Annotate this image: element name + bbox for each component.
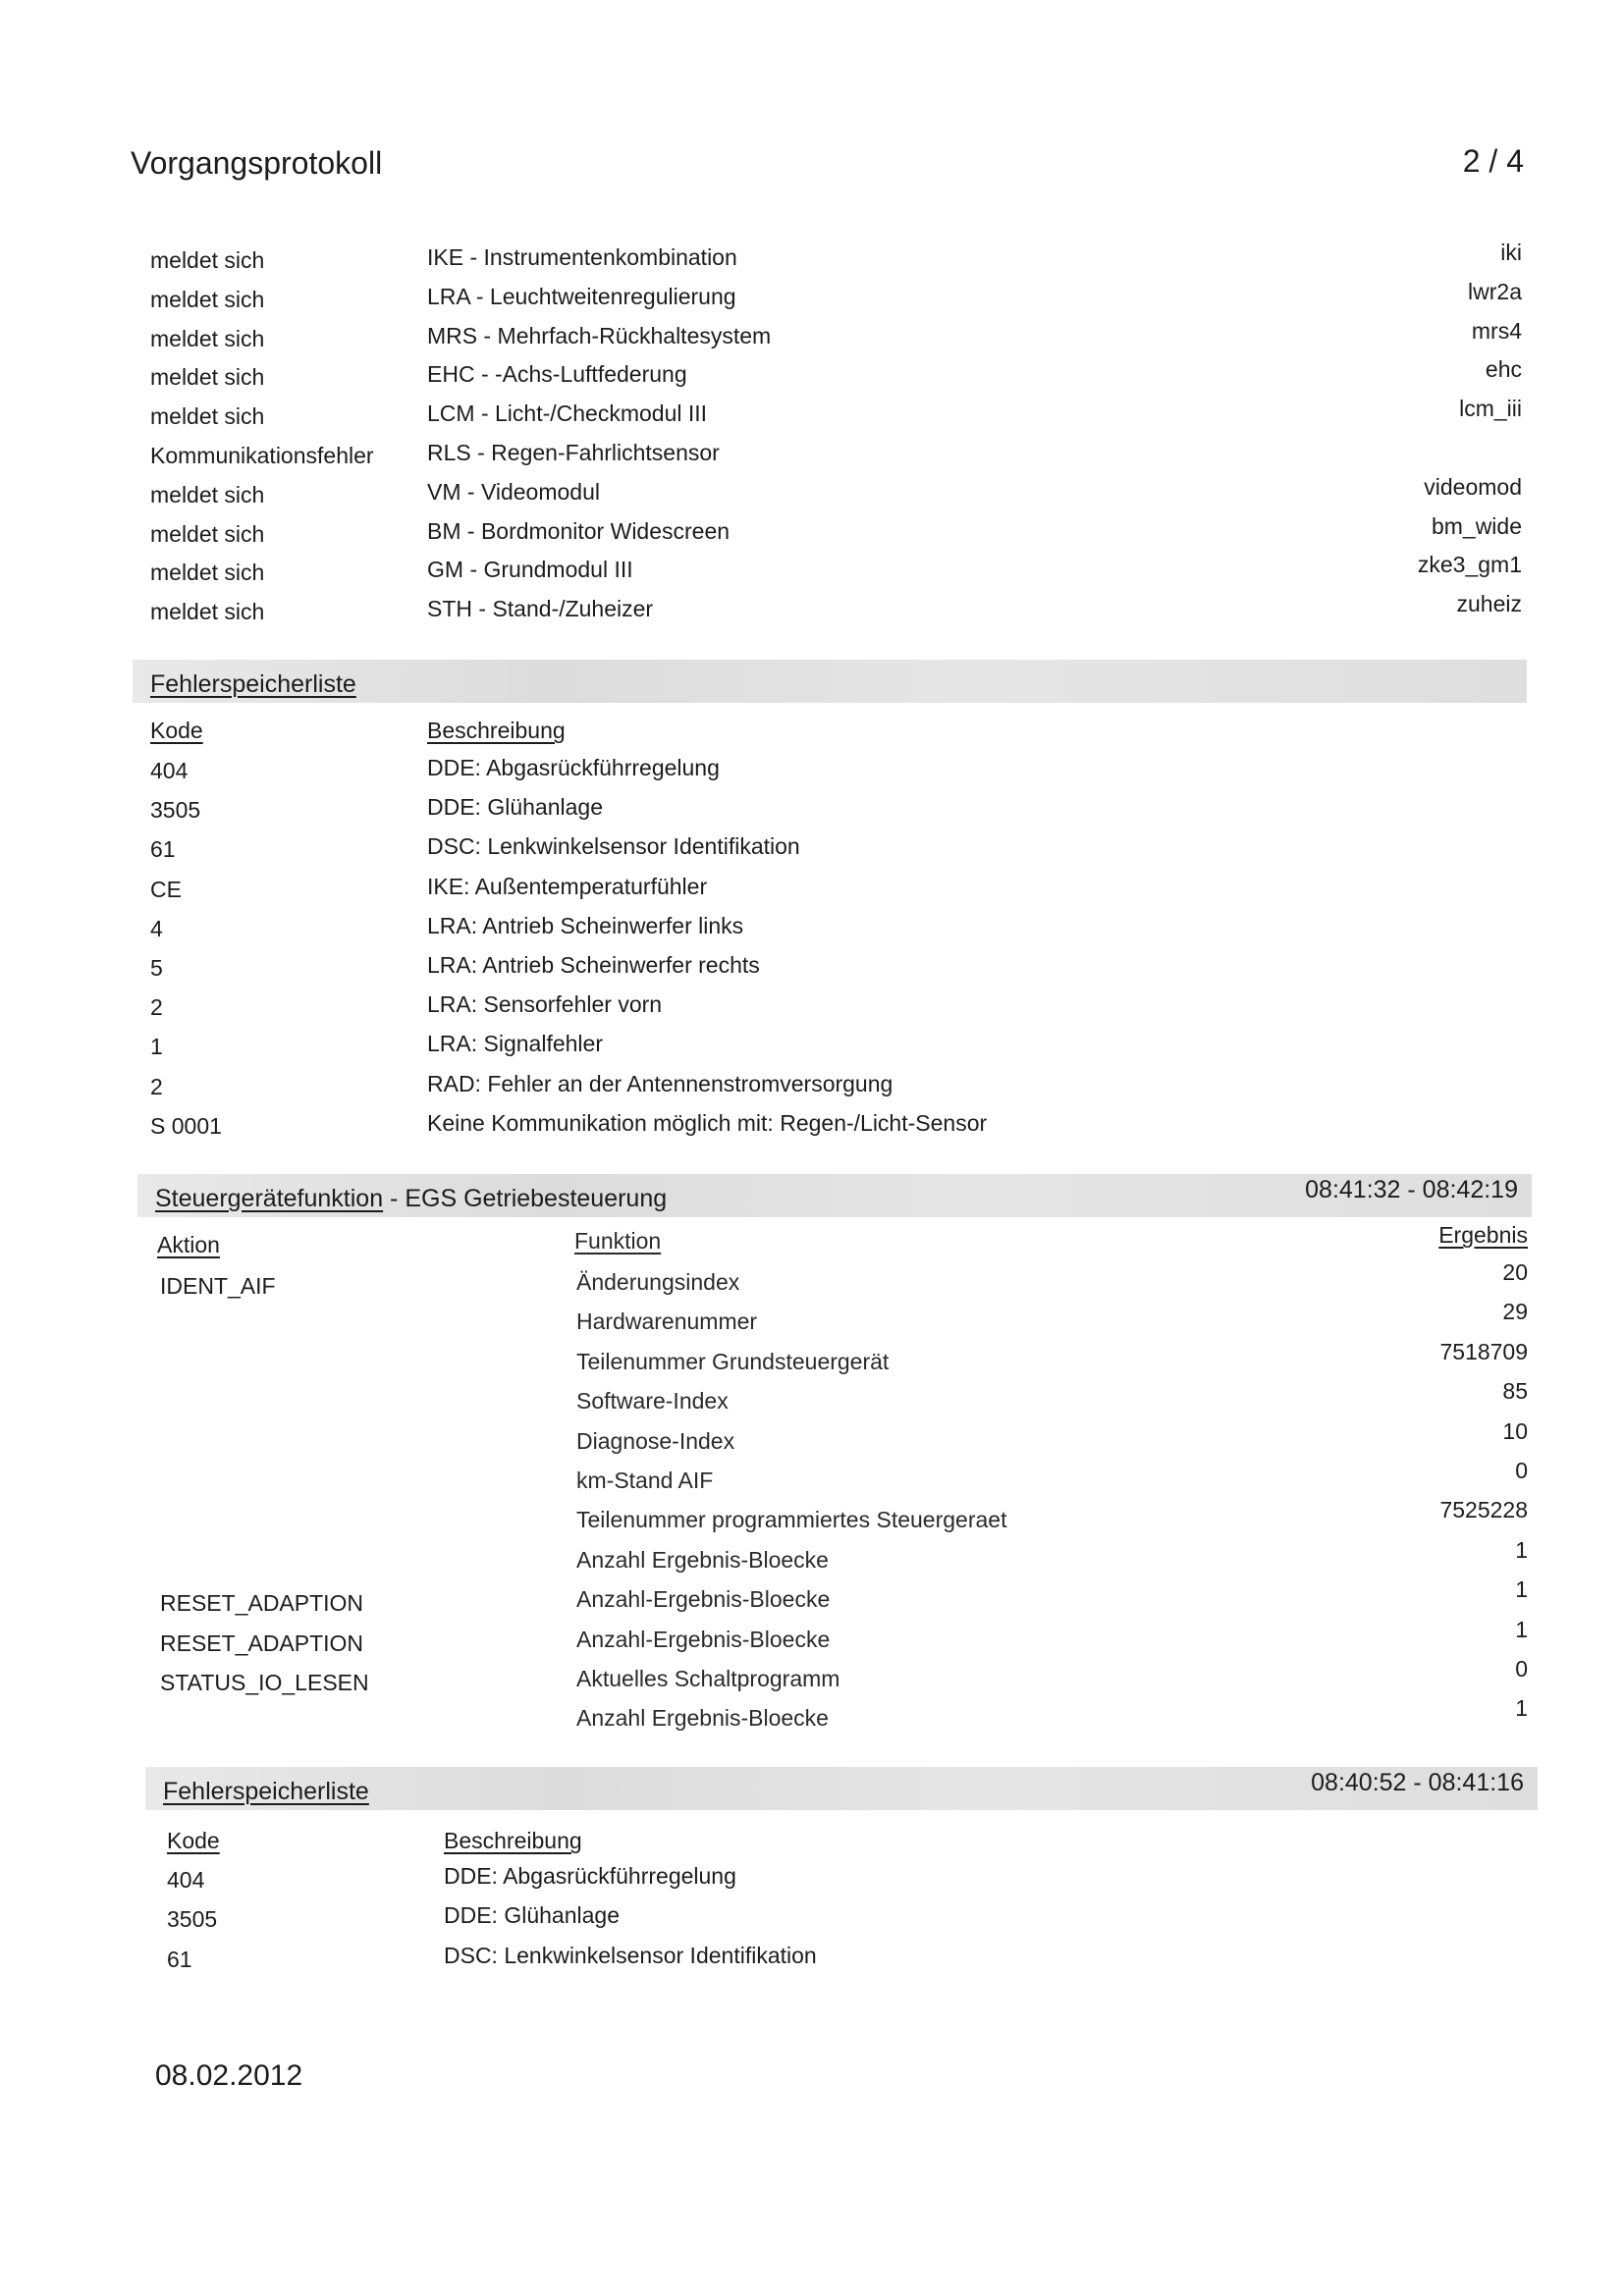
module-row: KommunikationsfehlerRLS - Regen-Fahrlich… — [0, 443, 1624, 482]
ecu-function: Anzahl Ergebnis-Bloecke — [576, 1705, 829, 1732]
module-row: meldet sichMRS - Mehrfach-Rückhaltesyste… — [0, 326, 1624, 365]
ecu-function-row: STATUS_IO_LESENAktuelles Schaltprogramm0 — [0, 1670, 1624, 1709]
page-number: 2 / 4 — [1463, 143, 1524, 180]
module-name: RLS - Regen-Fahrlichtsensor — [427, 440, 720, 466]
module-row: meldet sichSTH - Stand-/Zuheizerzuheiz — [0, 599, 1624, 638]
section-subtitle: - EGS Getriebesteuerung — [383, 1185, 667, 1212]
module-row: meldet sichLRA - Leuchtweitenregulierung… — [0, 287, 1624, 326]
section-title: Fehlerspeicherliste — [150, 670, 356, 699]
module-status: meldet sich — [150, 599, 264, 625]
module-row: meldet sichBM - Bordmonitor Widescreenbm… — [0, 521, 1624, 561]
fault-description: LRA: Sensorfehler vorn — [427, 991, 662, 1018]
fault-row: 2LRA: Sensorfehler vorn — [0, 994, 1624, 1034]
module-id: zuheiz — [1457, 591, 1522, 617]
ecu-function-row: Teilenummer Grundsteuergerät7518709 — [0, 1353, 1624, 1392]
fault-description: LRA: Antrieb Scheinwerfer links — [427, 913, 743, 939]
fault-list-2-column-headers: Kode Beschreibung — [0, 1828, 1624, 1867]
ecu-function-row: Software-Index85 — [0, 1392, 1624, 1431]
module-name: GM - Grundmodul III — [427, 557, 633, 583]
module-status: meldet sich — [150, 247, 264, 274]
fault-code: S 0001 — [150, 1113, 222, 1140]
module-status: meldet sich — [150, 482, 264, 508]
fault-code: 404 — [150, 758, 188, 784]
fault-row: 61DSC: Lenkwinkelsensor Identifikation — [0, 1947, 1624, 1986]
section-title: Steuergerätefunktion — [155, 1185, 383, 1212]
document-date: 08.02.2012 — [155, 2059, 302, 2093]
module-id: videomod — [1424, 474, 1522, 501]
ecu-function-row: RESET_ADAPTIONAnzahl-Ergebnis-Bloecke1 — [0, 1630, 1624, 1670]
column-header-code: Kode — [150, 718, 203, 744]
ecu-function: km-Stand AIF — [576, 1468, 713, 1494]
module-row: meldet sichLCM - Licht-/Checkmodul IIIlc… — [0, 403, 1624, 443]
ecu-result: 20 — [1502, 1259, 1528, 1286]
fault-code: 3505 — [167, 1906, 217, 1933]
column-header-code: Kode — [167, 1828, 220, 1854]
ecu-function: Anzahl Ergebnis-Bloecke — [576, 1547, 829, 1574]
fault-code: 2 — [150, 994, 163, 1021]
module-status: meldet sich — [150, 560, 264, 586]
column-header-result: Ergebnis — [1438, 1222, 1528, 1249]
module-name: VM - Videomodul — [427, 479, 600, 506]
ecu-function-header: Steuergerätefunktion - EGS Getriebesteue… — [137, 1174, 1532, 1217]
ecu-result: 1 — [1515, 1695, 1528, 1722]
module-id: ehc — [1486, 356, 1522, 383]
ecu-function-heading: Steuergerätefunktion - EGS Getriebesteue… — [155, 1185, 667, 1213]
fault-row: 1LRA: Signalfehler — [0, 1034, 1624, 1073]
fault-description: DDE: Glühanlage — [427, 794, 603, 821]
ecu-function: Aktuelles Schaltprogramm — [576, 1666, 839, 1692]
fault-description: Keine Kommunikation möglich mit: Regen-/… — [427, 1110, 987, 1137]
ecu-result: 7518709 — [1439, 1339, 1528, 1365]
ecu-function: Hardwarenummer — [576, 1308, 757, 1335]
fault-description: IKE: Außentemperaturfühler — [427, 874, 707, 900]
fault-code: 61 — [150, 836, 176, 863]
module-name: EHC - -Achs-Luftfederung — [427, 361, 687, 388]
fault-description: RAD: Fehler an der Antennenstromversorgu… — [427, 1071, 893, 1097]
ecu-action: STATUS_IO_LESEN — [160, 1670, 369, 1696]
ecu-function: Diagnose-Index — [576, 1428, 734, 1455]
module-id: bm_wide — [1432, 513, 1522, 540]
fault-code: 61 — [167, 1947, 192, 1973]
ecu-result: 10 — [1502, 1418, 1528, 1445]
module-row: meldet sichVM - Videomodulvideomod — [0, 482, 1624, 521]
ecu-result: 85 — [1502, 1378, 1528, 1405]
ecu-result: 7525228 — [1439, 1497, 1528, 1523]
column-header-action: Aktion — [157, 1232, 220, 1258]
fault-code: 3505 — [150, 797, 200, 824]
column-header-description: Beschreibung — [444, 1828, 582, 1854]
module-id: lcm_iii — [1459, 396, 1522, 422]
module-id: iki — [1500, 240, 1522, 266]
ecu-result: 29 — [1502, 1299, 1528, 1325]
fault-list-1-header: Fehlerspeicherliste — [133, 660, 1527, 703]
fault-description: DSC: Lenkwinkelsensor Identifikation — [444, 1943, 817, 1969]
ecu-result: 1 — [1515, 1576, 1528, 1603]
ecu-function-row: Anzahl Ergebnis-Bloecke1 — [0, 1709, 1624, 1748]
module-status: meldet sich — [150, 521, 264, 548]
ecu-function: Teilenummer programmiertes Steuergeraet — [576, 1507, 1006, 1533]
fault-code: CE — [150, 877, 182, 903]
ecu-result: 0 — [1515, 1656, 1528, 1682]
time-range: 08:41:32 - 08:42:19 — [1305, 1176, 1518, 1204]
fault-row: 3505DDE: Glühanlage — [0, 1906, 1624, 1946]
ecu-action: IDENT_AIF — [160, 1273, 276, 1300]
module-id: zke3_gm1 — [1418, 552, 1522, 578]
fault-row: S 0001Keine Kommunikation möglich mit: R… — [0, 1113, 1624, 1152]
ecu-function-row: RESET_ADAPTIONAnzahl-Ergebnis-Bloecke1 — [0, 1590, 1624, 1629]
fault-row: 404DDE: Abgasrückführregelung — [0, 1867, 1624, 1906]
fault-list-2-header: Fehlerspeicherliste 08:40:52 - 08:41:16 — [145, 1767, 1538, 1810]
fault-code: 404 — [167, 1867, 204, 1894]
ecu-function: Teilenummer Grundsteuergerät — [576, 1349, 889, 1375]
fault-row: CEIKE: Außentemperaturfühler — [0, 877, 1624, 916]
fault-row: 4LRA: Antrieb Scheinwerfer links — [0, 916, 1624, 955]
module-status: Kommunikationsfehler — [150, 443, 374, 469]
fault-description: LRA: Antrieb Scheinwerfer rechts — [427, 952, 760, 979]
document-title: Vorgangsprotokoll — [131, 145, 382, 182]
time-range: 08:40:52 - 08:41:16 — [1311, 1769, 1524, 1797]
fault-code: 2 — [150, 1074, 163, 1100]
fault-row: 2RAD: Fehler an der Antennenstromversorg… — [0, 1074, 1624, 1113]
fault-description: DSC: Lenkwinkelsensor Identifikation — [427, 833, 800, 860]
column-header-description: Beschreibung — [427, 718, 566, 744]
module-status: meldet sich — [150, 403, 264, 430]
ecu-function-row: IDENT_AIFÄnderungsindex20 — [0, 1273, 1624, 1312]
module-name: LRA - Leuchtweitenregulierung — [427, 284, 736, 310]
ecu-action: RESET_ADAPTION — [160, 1590, 363, 1617]
ecu-function: Änderungsindex — [576, 1269, 739, 1296]
fault-row: 404DDE: Abgasrückführregelung — [0, 758, 1624, 797]
ecu-function-row: km-Stand AIF0 — [0, 1471, 1624, 1511]
ecu-function-row: Teilenummer programmiertes Steuergeraet7… — [0, 1511, 1624, 1550]
ecu-result: 1 — [1515, 1537, 1528, 1564]
module-status: meldet sich — [150, 326, 264, 352]
fault-description: DDE: Abgasrückführregelung — [427, 755, 720, 781]
module-name: LCM - Licht-/Checkmodul III — [427, 400, 707, 427]
ecu-function: Anzahl-Ergebnis-Bloecke — [576, 1586, 830, 1613]
module-name: STH - Stand-/Zuheizer — [427, 596, 653, 622]
fault-row: 3505DDE: Glühanlage — [0, 797, 1624, 836]
ecu-function-row: Hardwarenummer29 — [0, 1312, 1624, 1352]
fault-list-1-column-headers: Kode Beschreibung — [0, 718, 1624, 757]
ecu-function-column-headers: Aktion Funktion Ergebnis — [0, 1232, 1624, 1271]
fault-description: DDE: Glühanlage — [444, 1902, 620, 1929]
column-header-function: Funktion — [574, 1228, 661, 1255]
fault-code: 5 — [150, 955, 163, 982]
module-status: meldet sich — [150, 287, 264, 313]
fault-description: DDE: Abgasrückführregelung — [444, 1863, 736, 1890]
module-row: meldet sichEHC - -Achs-Luftfederungehc — [0, 364, 1624, 403]
module-name: IKE - Instrumentenkombination — [427, 244, 737, 271]
module-id: lwr2a — [1468, 279, 1522, 305]
module-row: meldet sichGM - Grundmodul IIIzke3_gm1 — [0, 560, 1624, 599]
ecu-function: Anzahl-Ergebnis-Bloecke — [576, 1627, 830, 1653]
fault-code: 1 — [150, 1034, 163, 1060]
ecu-function-row: Diagnose-Index10 — [0, 1432, 1624, 1471]
module-row: meldet sichIKE - Instrumentenkombination… — [0, 247, 1624, 287]
fault-row: 61DSC: Lenkwinkelsensor Identifikation — [0, 836, 1624, 876]
ecu-action: RESET_ADAPTION — [160, 1630, 363, 1657]
module-name: MRS - Mehrfach-Rückhaltesystem — [427, 323, 771, 349]
module-status: meldet sich — [150, 364, 264, 391]
fault-code: 4 — [150, 916, 163, 942]
module-name: BM - Bordmonitor Widescreen — [427, 518, 730, 545]
ecu-result: 0 — [1515, 1458, 1528, 1484]
fault-description: LRA: Signalfehler — [427, 1031, 603, 1057]
ecu-result: 1 — [1515, 1617, 1528, 1643]
module-id: mrs4 — [1472, 318, 1522, 345]
fault-row: 5LRA: Antrieb Scheinwerfer rechts — [0, 955, 1624, 994]
ecu-function: Software-Index — [576, 1388, 729, 1415]
section-title: Fehlerspeicherliste — [163, 1778, 369, 1806]
ecu-function-row: Anzahl Ergebnis-Bloecke1 — [0, 1551, 1624, 1590]
